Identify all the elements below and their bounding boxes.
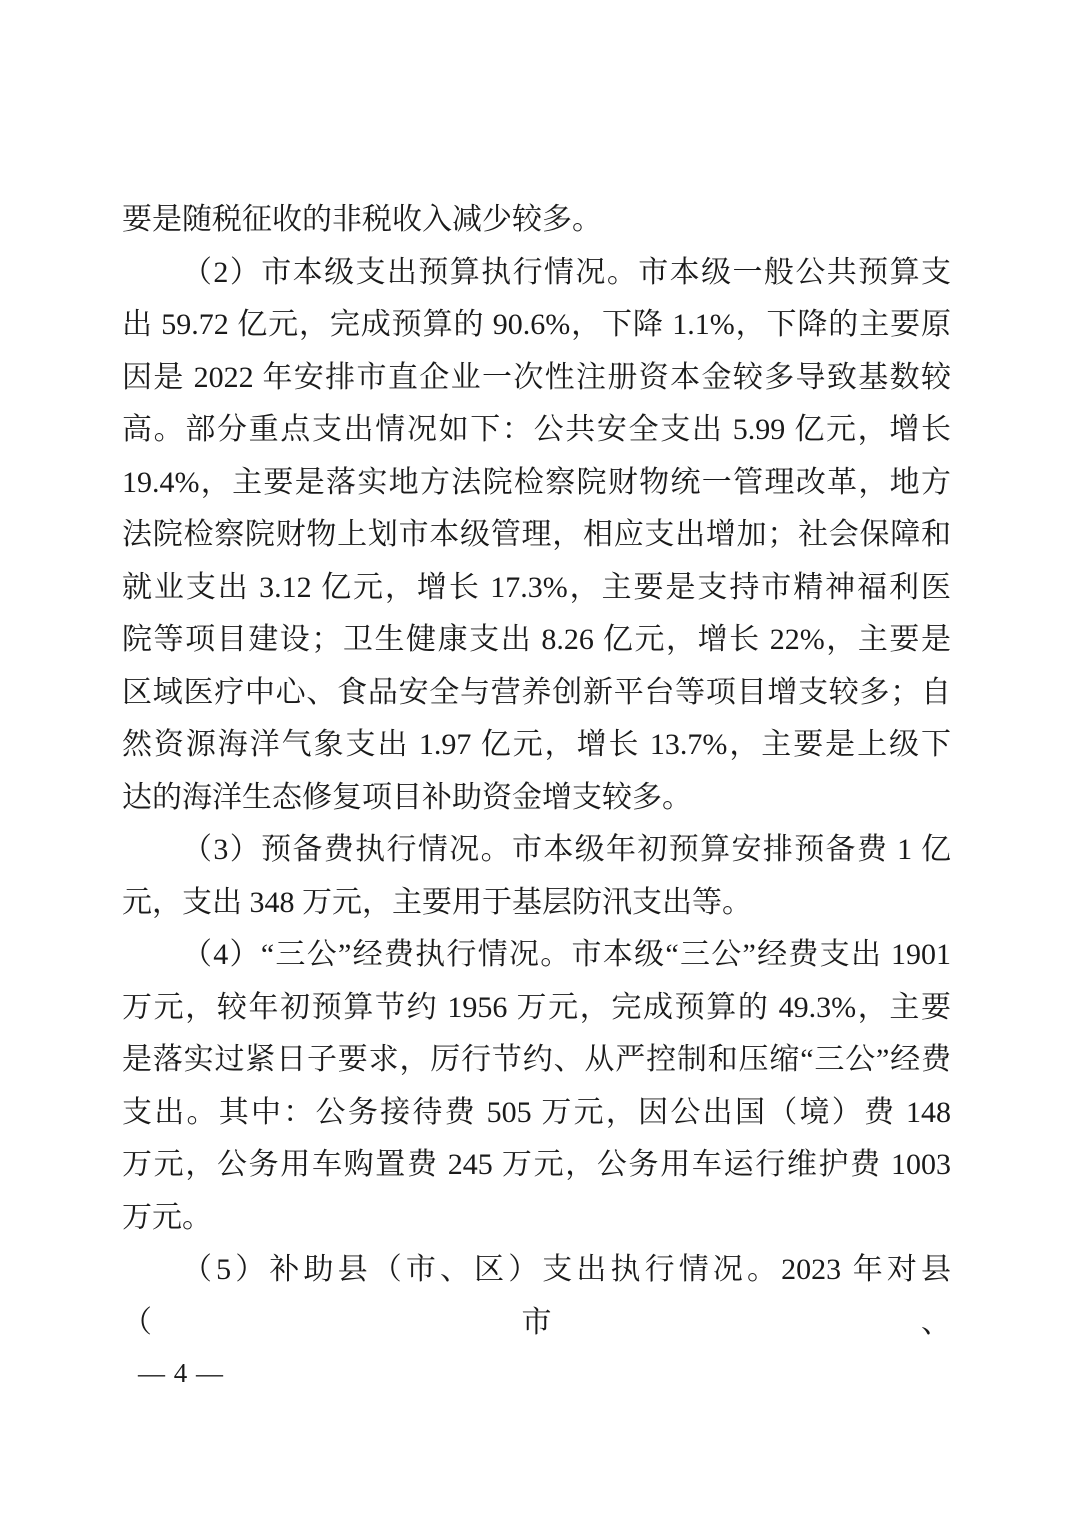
text-line: 因是 2022 年安排市直企业一次性注册资本金较多导致基数较: [122, 352, 951, 405]
text-line: 然资源海洋气象支出 1.97 亿元，增长 13.7%，主要是上级下: [122, 719, 951, 772]
text-line: （4）“三公”经费执行情况。市本级“三公”经费支出 1901: [122, 929, 951, 982]
text-line: 院等项目建设；卫生健康支出 8.26 亿元，增长 22%，主要是: [122, 614, 951, 667]
page-number: — 4 —: [138, 1356, 224, 1390]
text-line: （3）预备费执行情况。市本级年初预算安排预备费 1 亿: [122, 824, 951, 877]
text-line: 出 59.72 亿元，完成预算的 90.6%，下降 1.1%，下降的主要原: [122, 299, 951, 352]
text-line: 高。部分重点支出情况如下：公共安全支出 5.99 亿元，增长: [122, 404, 951, 457]
text-line: 万元，较年初预算节约 1956 万元，完成预算的 49.3%，主要: [122, 982, 951, 1035]
text-line: 法院检察院财物上划市本级管理，相应支出增加；社会保障和: [122, 509, 951, 562]
text-line: 就业支出 3.12 亿元，增长 17.3%，主要是支持市精神福利医: [122, 562, 951, 615]
text-line: 19.4%，主要是落实地方法院检察院财物统一管理改革，地方: [122, 457, 951, 510]
text-line: 要是随税征收的非税收入减少较多。: [122, 194, 951, 247]
text-line: 万元，公务用车购置费 245 万元，公务用车运行维护费 1003: [122, 1139, 951, 1192]
document-body: 要是随税征收的非税收入减少较多。（2）市本级支出预算执行情况。市本级一般公共预算…: [122, 194, 951, 1297]
paragraph: （5）补助县（市、区）支出执行情况。2023 年对县（市、: [122, 1244, 951, 1297]
text-line: 元，支出 348 万元，主要用于基层防汛支出等。: [122, 877, 951, 930]
document-page: 要是随税征收的非税收入减少较多。（2）市本级支出预算执行情况。市本级一般公共预算…: [0, 0, 1074, 1520]
text-line: （2）市本级支出预算执行情况。市本级一般公共预算支: [122, 247, 951, 300]
text-line: 是落实过紧日子要求，厉行节约、从严控制和压缩“三公”经费: [122, 1034, 951, 1087]
text-line: 区域医疗中心、食品安全与营养创新平台等项目增支较多；自: [122, 667, 951, 720]
paragraph: （4）“三公”经费执行情况。市本级“三公”经费支出 1901万元，较年初预算节约…: [122, 929, 951, 1244]
paragraph: （3）预备费执行情况。市本级年初预算安排预备费 1 亿元，支出 348 万元，主…: [122, 824, 951, 929]
text-line: 支出。其中：公务接待费 505 万元，因公出国（境）费 148: [122, 1087, 951, 1140]
text-line: 达的海洋生态修复项目补助资金增支较多。: [122, 772, 951, 825]
paragraph: 要是随税征收的非税收入减少较多。: [122, 194, 951, 247]
text-line: 万元。: [122, 1192, 951, 1245]
paragraph: （2）市本级支出预算执行情况。市本级一般公共预算支出 59.72 亿元，完成预算…: [122, 247, 951, 825]
text-line: （5）补助县（市、区）支出执行情况。2023 年对县（市、: [122, 1244, 951, 1297]
